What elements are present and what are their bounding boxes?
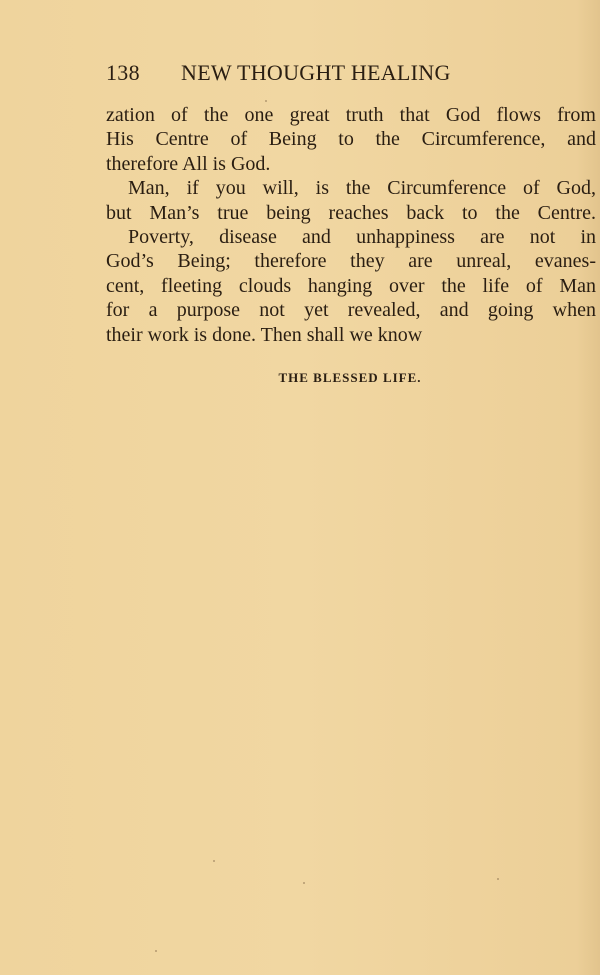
text-line: God’s Being; therefore they are unreal, … [106,249,596,273]
paper-speck [497,878,499,880]
text-line: zation of the one great truth that God f… [106,103,596,127]
running-title: NEW THOUGHT HEALING [181,60,451,86]
body-text: zation of the one great truth that God f… [106,103,596,347]
text-line: their work is done. Then shall we know [106,323,596,347]
paper-speck [155,950,157,952]
text-line: therefore All is God. [106,152,596,176]
paper-speck [213,860,215,862]
text-line: Man, if you will, is the Circumference o… [106,176,596,200]
paper-speck [265,100,267,102]
text-line: but Man’s true being reaches back to the… [106,201,596,225]
text-line: cent, fleeting clouds hanging over the l… [106,274,596,298]
book-page: 138 NEW THOUGHT HEALING zation of the on… [0,0,600,975]
text-line: His Centre of Being to the Circumference… [106,127,596,151]
text-line: for a purpose not yet revealed, and goin… [106,298,596,322]
page-number: 138 [106,60,140,86]
text-line: Poverty, disease and unhappiness are not… [106,225,596,249]
running-head: 138 NEW THOUGHT HEALING [106,60,596,90]
paper-speck [303,882,305,884]
section-caption: THE BLESSED LIFE. [0,370,600,386]
